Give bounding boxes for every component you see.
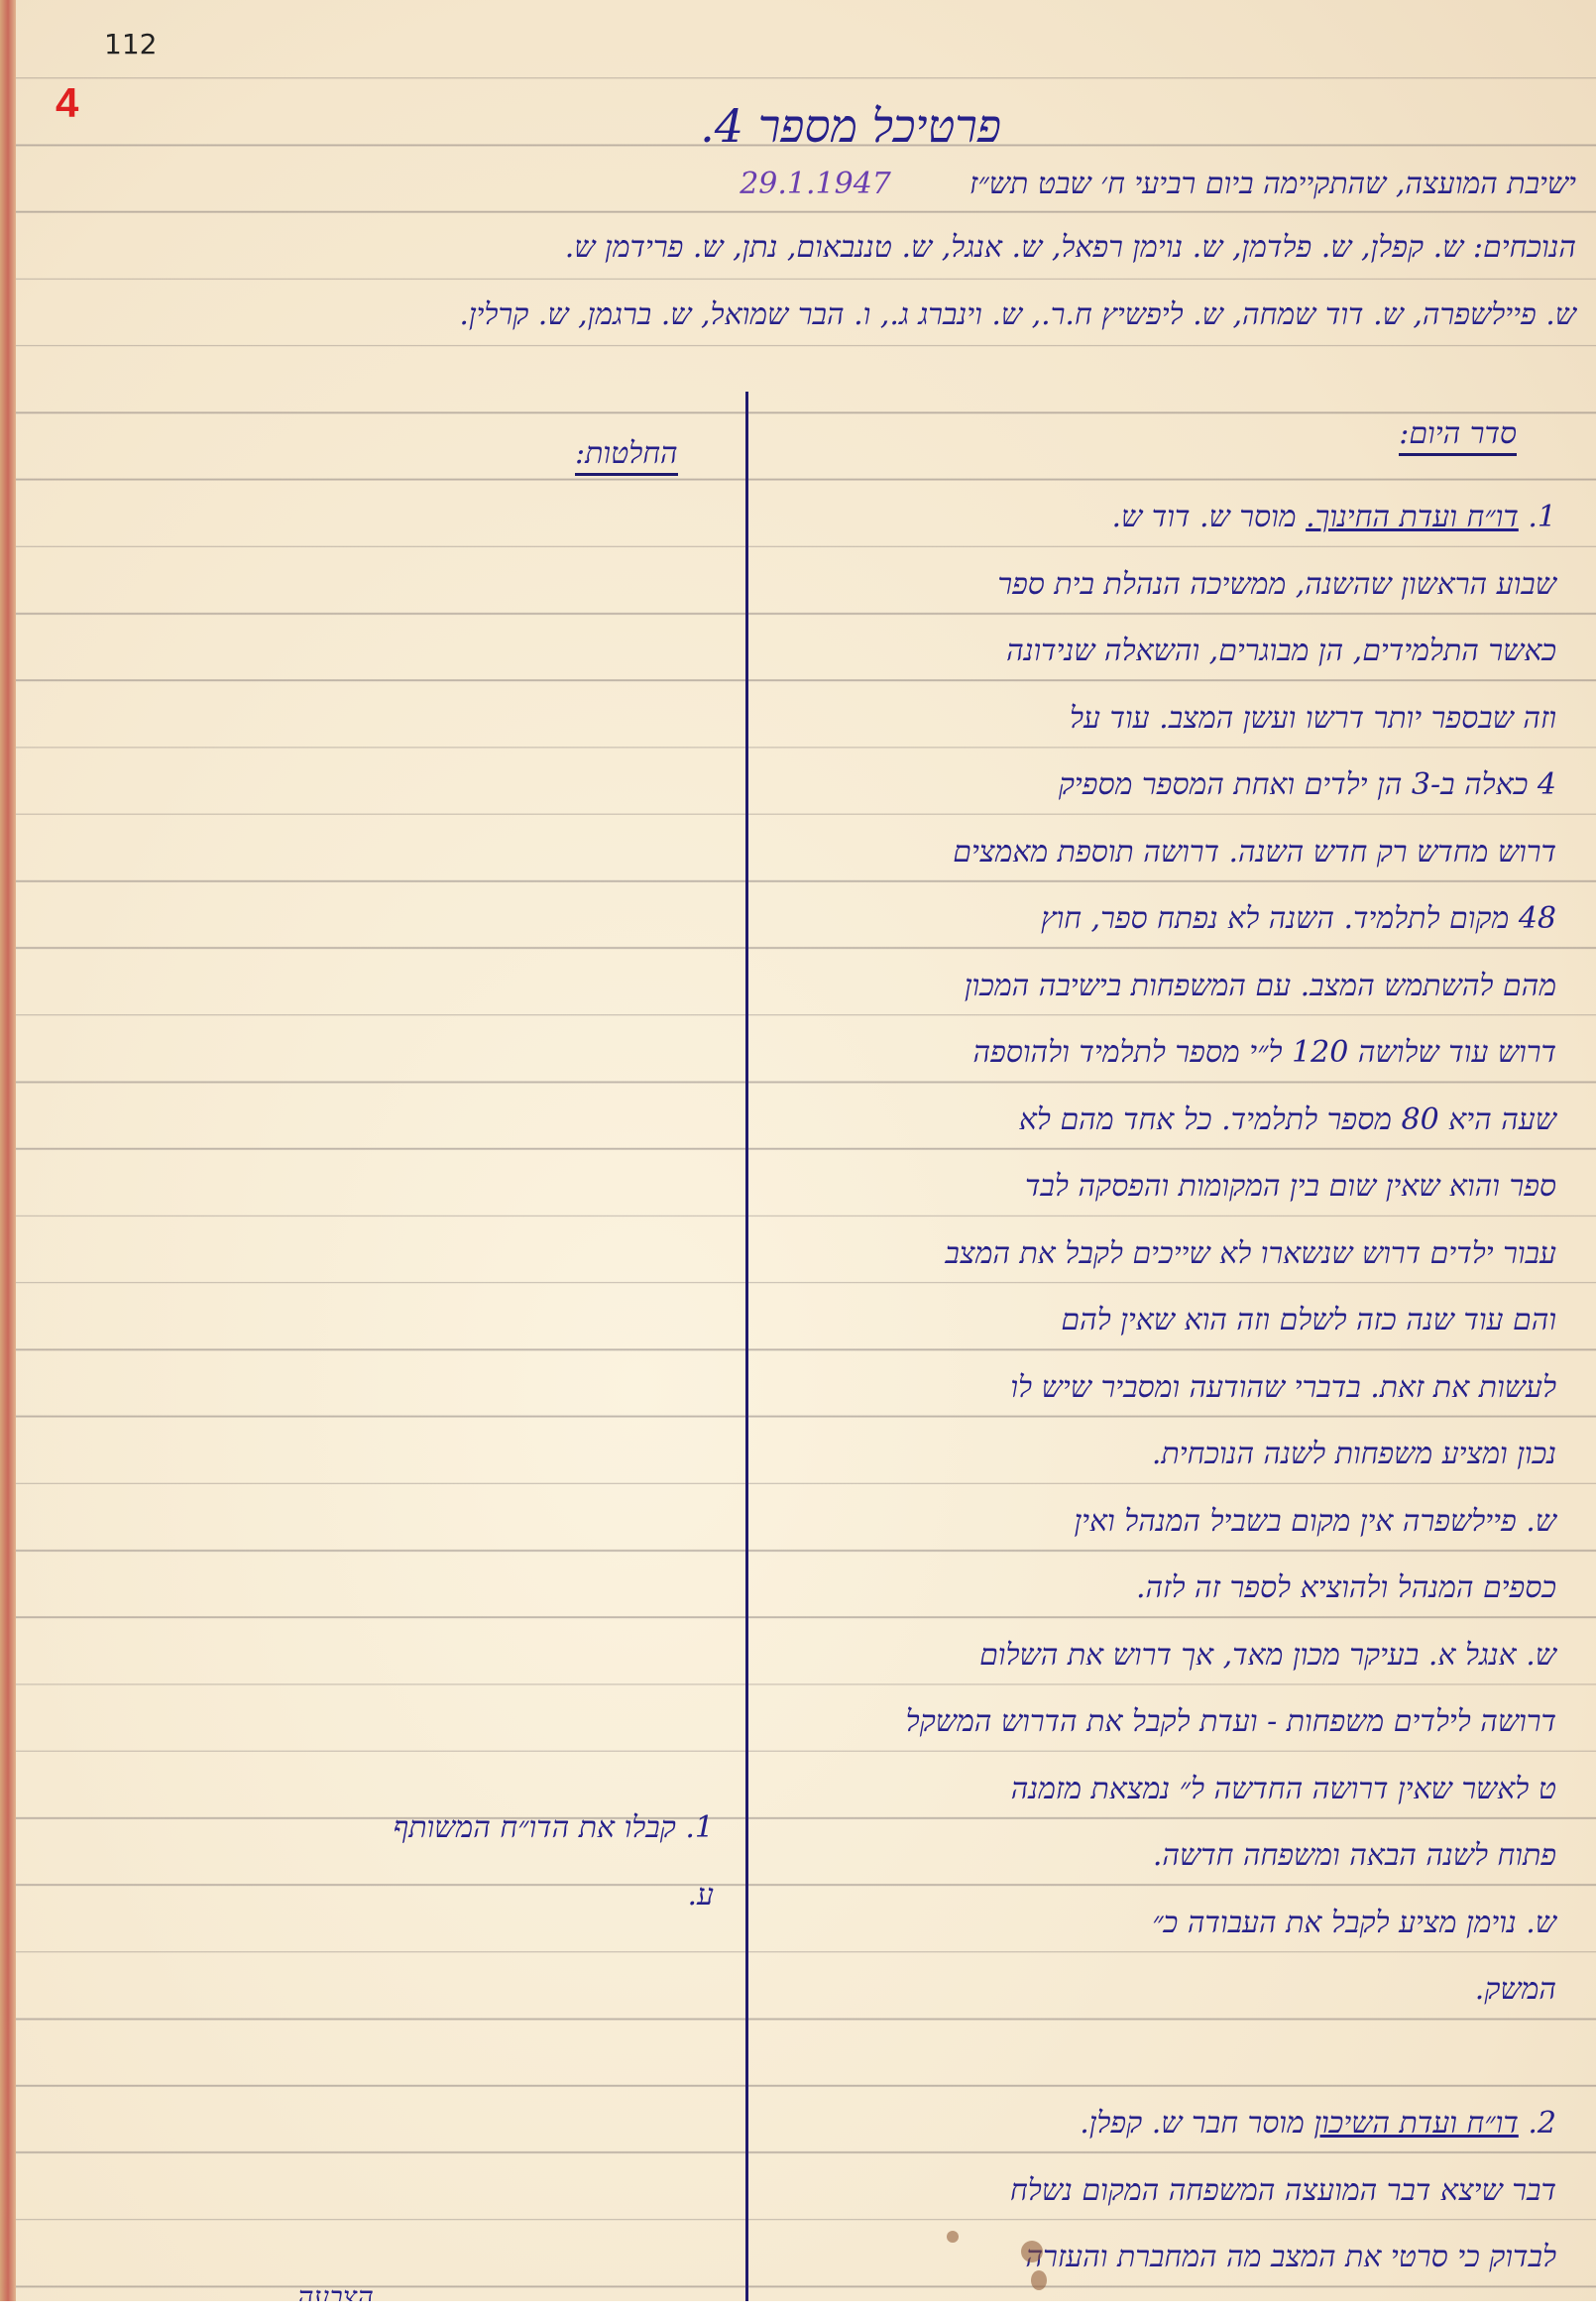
blank-line — [734, 2024, 1556, 2091]
text-line: דרושה לילדים משפחות - ועדת לקבל את הדרוש… — [734, 1688, 1556, 1756]
text-line: פתוח לשנה הבאה ומשפחה חדשה. — [734, 1822, 1556, 1890]
ink-stain — [1031, 2270, 1047, 2290]
text-line: כספים המנהל ולהוציא לספר זה לזה. — [734, 1555, 1556, 1622]
text-line: והם עוד שנה כזה לשלם וזה הוא שאין להם — [734, 1287, 1556, 1354]
decision-body: קבלו את הדו״ח המשותף — [394, 1810, 676, 1845]
decisions-heading: החלטות: — [575, 436, 678, 476]
text-line: ספר והוא שאין שום בין המקומות והפסקה לבד — [734, 1153, 1556, 1220]
text-line: לעשות את זאת. בדברי שהודעה ומסביר שיש לו — [734, 1354, 1556, 1422]
decision-number: 1. — [685, 1810, 714, 1845]
ink-stain — [1021, 2241, 1043, 2262]
decision-1: 1. קבלו את הדו״ח המשותף ע. — [99, 1795, 714, 1928]
archive-page-number: 112 — [104, 28, 157, 60]
text-line: דבר שיצא דבר המועצה המשפחה המקום נשלח — [734, 2157, 1556, 2225]
decision-text: 1. קבלו את הדו״ח המשותף — [99, 1795, 714, 1862]
sequence-marker: 4 — [56, 79, 78, 127]
scan-border — [0, 2301, 1596, 2317]
agenda-heading: סדר היום: — [1399, 416, 1517, 456]
item-heading: דו״ח ועדת השיכון — [1313, 2106, 1518, 2141]
text-line: 48 מקום לתלמיד. השנה לא נפתח ספר, חוץ — [734, 885, 1556, 953]
text-line: וזה שבספר יותר דרשו ועשן המצב. עוד על — [734, 685, 1556, 753]
text-line: עבור ילדים דרוש שנשארו לא שייכים לקבל את… — [734, 1220, 1556, 1288]
text-line: נכון ומציע משפחות לשנה הנוכחית. — [734, 1421, 1556, 1488]
agenda-item-1-title: 1. דו״ח ועדת החינוך. מוסר ש. דוד ש. — [734, 484, 1556, 551]
text-line: ש. אנגל א. בעיקר מכון מאד, אך דרוש את הש… — [734, 1622, 1556, 1689]
agenda-item-2-title: 2. דו״ח ועדת השיכון מוסר חבר ש. קפלן. — [734, 2090, 1556, 2157]
ink-stain — [947, 2231, 959, 2243]
text-line: מהם להשתמש המצב. עם המשפחות בישיבה המכון — [734, 953, 1556, 1020]
item-heading: דו״ח ועדת החינוך. — [1306, 500, 1519, 534]
text-line: המשק. — [734, 1956, 1556, 2024]
text-line: שעה היא 80 מספר לתלמיד. כל אחד מהם לא — [734, 1087, 1556, 1154]
item-number: 2. — [1528, 2106, 1556, 2141]
text-line: כאשר התלמידים, הן מבוגרים, והשאלה שנידונ… — [734, 618, 1556, 685]
attendees-line-1: הנוכחים: ש. קפלן, ש. פלדמן, ש. נוימן רפא… — [30, 230, 1576, 265]
page-title: פרטיכל מספר 4. — [700, 99, 1001, 153]
meeting-description: ישיבת המועצה, שהתקיימה ביום רביעי ח׳ שבט… — [969, 167, 1576, 201]
text-line: ש. נוימן מציע לקבל את העבודה כ״ — [734, 1890, 1556, 1957]
text-line: ט לאשר שאין דרושה החדשה ל״ נמצאת מזמנה — [734, 1756, 1556, 1823]
text-line: שבוע הראשון שהשנה, ממשיכה הנהלת בית ספר — [734, 551, 1556, 619]
text-line: דרוש עוד שלושה 120 ל״י מספר לתלמיד ולהוס… — [734, 1019, 1556, 1087]
item-number: 1. — [1528, 500, 1556, 534]
page-binding-edge — [0, 0, 16, 2317]
item-reporter: מוסר חבר ש. קפלן. — [1080, 2106, 1305, 2141]
meeting-date: 29.1.1947 — [740, 167, 891, 201]
agenda-column: 1. דו״ח ועדת החינוך. מוסר ש. דוד ש. שבוע… — [734, 484, 1556, 2291]
text-line: דרוש מחדש רק חדש השנה. דרושה תוספת מאמצי… — [734, 819, 1556, 886]
item-reporter: מוסר ש. דוד ש. — [1111, 500, 1296, 534]
attendees-line-2: ש. פיילשפרה, ש. דוד שמחה, ש. ליפשיץ ח.ר.… — [30, 297, 1576, 332]
text-line: 4 כאלה ב-3 הן ילדים ואחת המספר מספיק — [734, 752, 1556, 819]
decision-continuation: ע. — [99, 1862, 714, 1929]
meeting-line: ישיבת המועצה, שהתקיימה ביום רביעי ח׳ שבט… — [30, 167, 1576, 201]
text-line: ש. פיילשפרה אין מקום בשביל המנהל ואין — [734, 1488, 1556, 1556]
text-line: לבדוק כי סרטי את המצב מה המחברת והעזרה — [734, 2224, 1556, 2291]
